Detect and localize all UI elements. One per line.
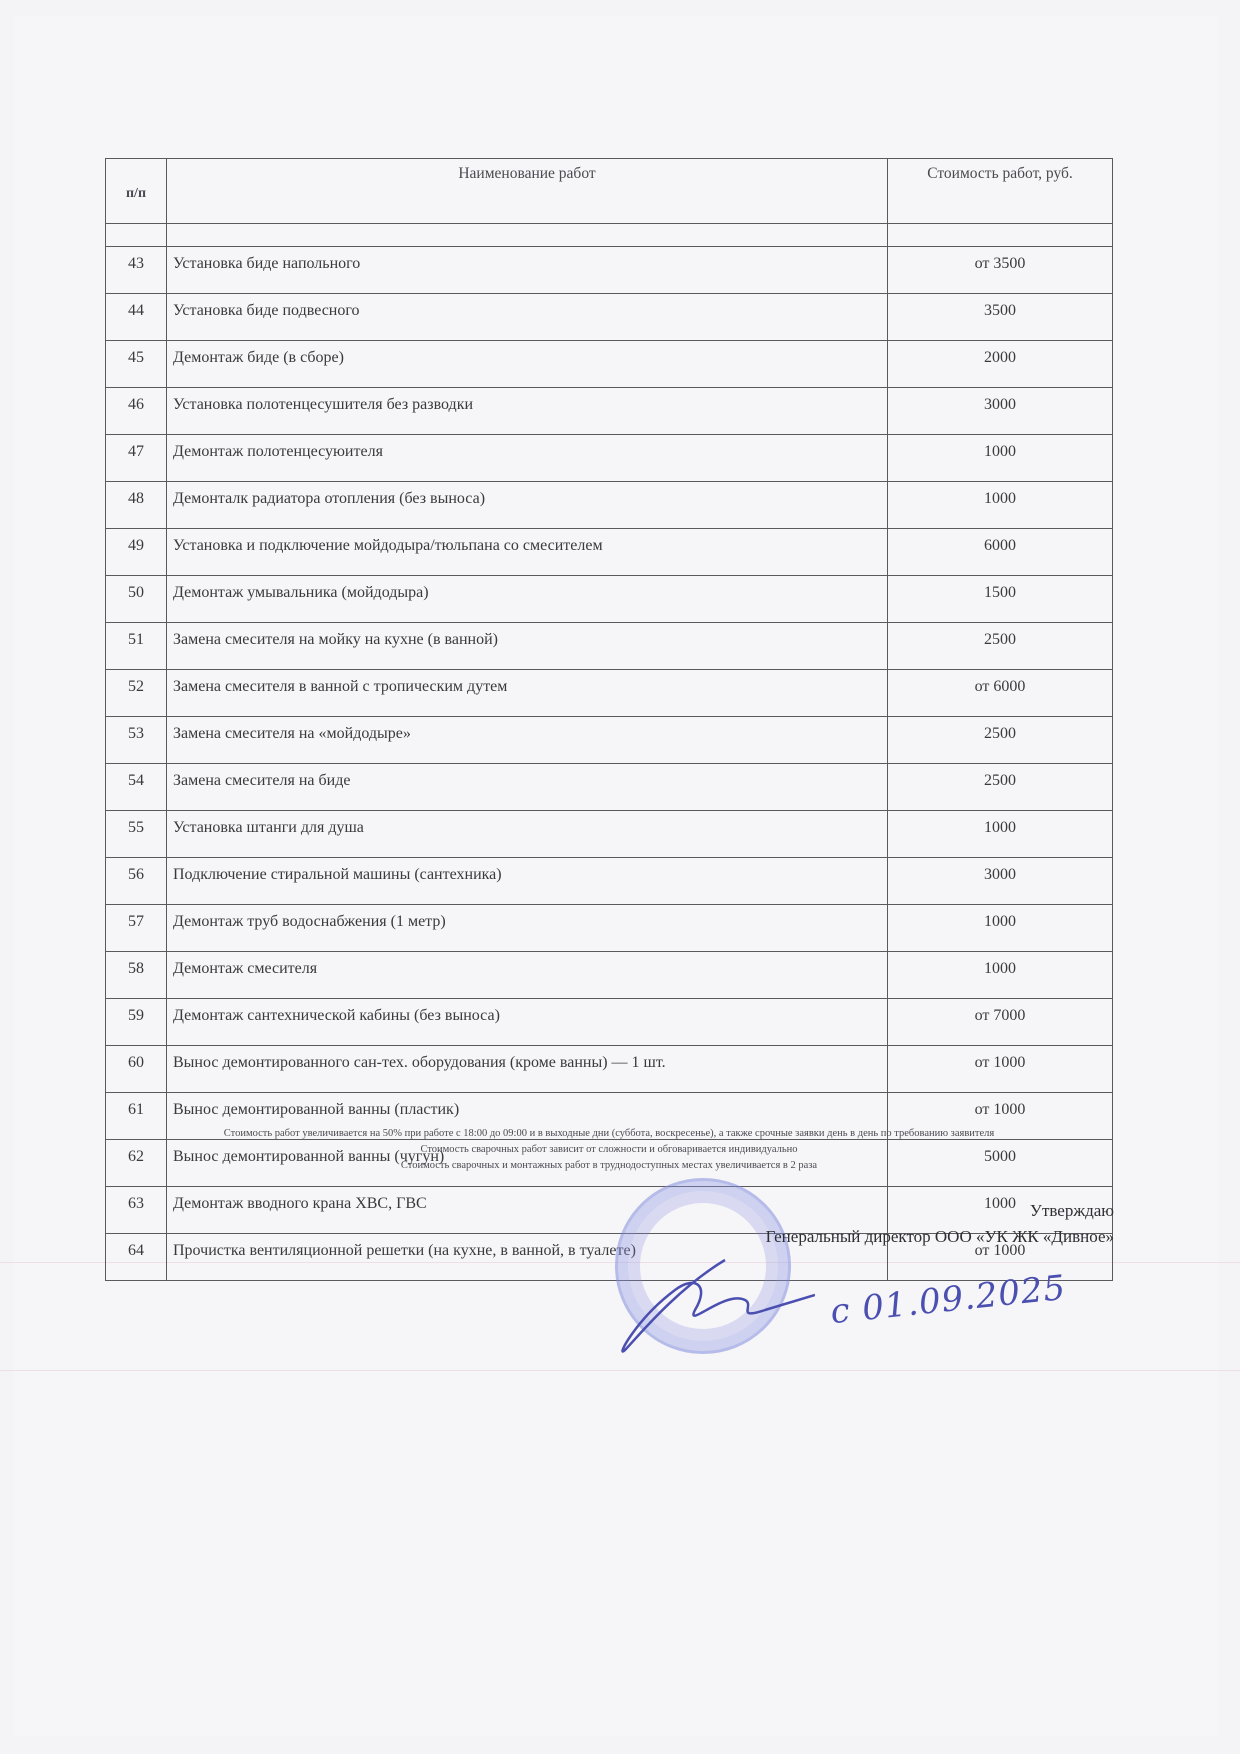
row-price: 3500 [888, 294, 1113, 341]
row-price: 1000 [888, 482, 1113, 529]
table-row: 59Демонтаж сантехнической кабины (без вы… [106, 999, 1113, 1046]
row-number: 49 [106, 529, 167, 576]
row-number: 48 [106, 482, 167, 529]
row-number: 57 [106, 905, 167, 952]
row-price: 3000 [888, 388, 1113, 435]
row-price: 2500 [888, 717, 1113, 764]
row-name: Установка биде напольного [167, 247, 888, 294]
row-number: 53 [106, 717, 167, 764]
row-number: 52 [106, 670, 167, 717]
note-surcharge: Стоимость работ увеличивается на 50% при… [105, 1126, 1113, 1142]
row-number: 55 [106, 811, 167, 858]
row-price: 1000 [888, 952, 1113, 999]
table-row: 45Демонтаж биде (в сборе)2000 [106, 341, 1113, 388]
table-row: 58Демонтаж смесителя1000 [106, 952, 1113, 999]
row-price: 1000 [888, 905, 1113, 952]
row-name: Замена смесителя в ванной с тропическим … [167, 670, 888, 717]
row-number: 50 [106, 576, 167, 623]
table-row: 44Установка биде подвесного3500 [106, 294, 1113, 341]
row-name: Демонтаж труб водоснабжения (1 метр) [167, 905, 888, 952]
row-number: 63 [106, 1187, 167, 1234]
table-row: 53Замена смесителя на «мойдодыре»2500 [106, 717, 1113, 764]
approval-position: Генеральный директор ООО «УК ЖК «Дивное» [766, 1224, 1114, 1250]
row-price: 1000 [888, 435, 1113, 482]
table-row: 51Замена смесителя на мойку на кухне (в … [106, 623, 1113, 670]
table-row: 48Демонталк радиатора отопления (без вын… [106, 482, 1113, 529]
table-row: 47Демонтаж полотенцесуюителя1000 [106, 435, 1113, 482]
row-name: Демонтаж полотенцесуюителя [167, 435, 888, 482]
table-row: 56Подключение стиральной машины (сантехн… [106, 858, 1113, 905]
row-price: 6000 [888, 529, 1113, 576]
row-name: Замена смесителя на «мойдодыре» [167, 717, 888, 764]
table-row: 60Вынос демонтированного сан-тех. оборуд… [106, 1046, 1113, 1093]
row-name: Демонтаж биде (в сборе) [167, 341, 888, 388]
row-number: 56 [106, 858, 167, 905]
row-number: 60 [106, 1046, 167, 1093]
row-price: от 6000 [888, 670, 1113, 717]
row-price: 3000 [888, 858, 1113, 905]
row-price: 2000 [888, 341, 1113, 388]
approval-block: Утверждаю Генеральный директор ООО «УК Ж… [766, 1198, 1114, 1250]
row-price: от 1000 [888, 1046, 1113, 1093]
scan-artifact [0, 1370, 1240, 1371]
row-name: Замена смесителя на биде [167, 764, 888, 811]
row-price: от 7000 [888, 999, 1113, 1046]
row-name: Установка и подключение мойдодыра/тюльпа… [167, 529, 888, 576]
row-name: Демонтаж умывальника (мойдодыра) [167, 576, 888, 623]
table-row: 57Демонтаж труб водоснабжения (1 метр)10… [106, 905, 1113, 952]
table-row: 43Установка биде напольногоот 3500 [106, 247, 1113, 294]
row-name: Подключение стиральной машины (сантехник… [167, 858, 888, 905]
row-number: 47 [106, 435, 167, 482]
header-price: Стоимость работ, руб. [888, 159, 1113, 224]
row-number: 51 [106, 623, 167, 670]
row-price: от 3500 [888, 247, 1113, 294]
table-row: 46Установка полотенцесушителя без развод… [106, 388, 1113, 435]
header-num: п/п [106, 159, 167, 224]
table-row: 55Установка штанги для душа1000 [106, 811, 1113, 858]
row-name: Установка биде подвесного [167, 294, 888, 341]
row-number: 46 [106, 388, 167, 435]
row-name: Замена смесителя на мойку на кухне (в ва… [167, 623, 888, 670]
row-number: 54 [106, 764, 167, 811]
table-row: 50Демонтаж умывальника (мойдодыра)1500 [106, 576, 1113, 623]
table-row: 52Замена смесителя в ванной с тропически… [106, 670, 1113, 717]
row-number: 44 [106, 294, 167, 341]
price-table: п/п Наименование работ Стоимость работ, … [105, 158, 1113, 1281]
table-row: 49Установка и подключение мойдодыра/тюль… [106, 529, 1113, 576]
row-name: Демонтаж смесителя [167, 952, 888, 999]
row-price: 1000 [888, 811, 1113, 858]
row-price: 2500 [888, 764, 1113, 811]
notes: Стоимость работ увеличивается на 50% при… [105, 1126, 1113, 1174]
header-name: Наименование работ [167, 159, 888, 224]
note-hard-access: Стоимость сварочных и монтажных работ в … [105, 1158, 1113, 1174]
row-name: Вынос демонтированного сан-тех. оборудов… [167, 1046, 888, 1093]
row-number: 43 [106, 247, 167, 294]
signature [615, 1250, 815, 1360]
row-name: Демонтаж сантехнической кабины (без выно… [167, 999, 888, 1046]
row-number: 58 [106, 952, 167, 999]
row-name: Установка полотенцесушителя без разводки [167, 388, 888, 435]
row-number: 45 [106, 341, 167, 388]
row-price: 2500 [888, 623, 1113, 670]
row-name: Демонталк радиатора отопления (без вынос… [167, 482, 888, 529]
table-row: 54Замена смесителя на биде2500 [106, 764, 1113, 811]
row-number: 59 [106, 999, 167, 1046]
row-name: Установка штанги для душа [167, 811, 888, 858]
note-welding: Стоимость сварочных работ зависит от сло… [105, 1142, 1113, 1158]
row-price: 1500 [888, 576, 1113, 623]
row-number: 64 [106, 1234, 167, 1281]
approval-label: Утверждаю [766, 1198, 1114, 1224]
